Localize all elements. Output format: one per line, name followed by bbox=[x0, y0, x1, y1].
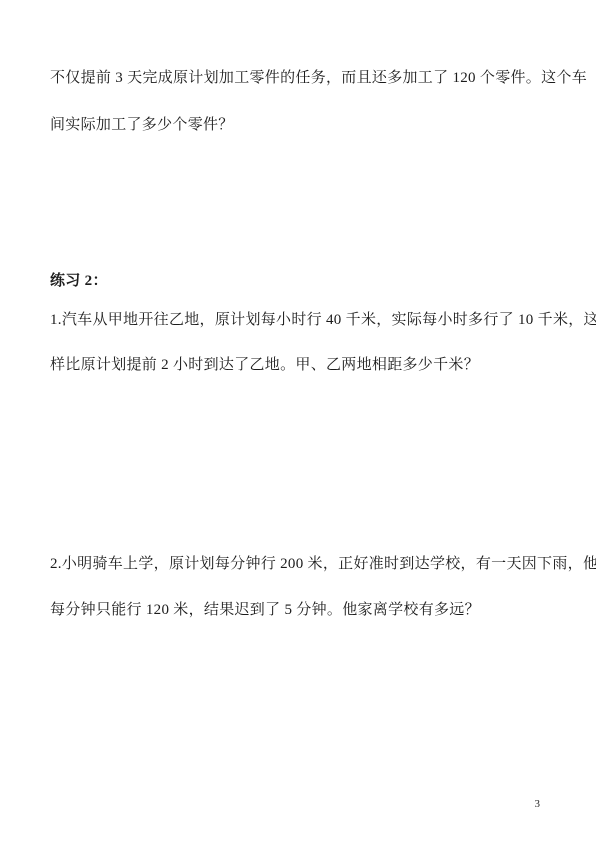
problem2-line-2: 每分钟只能行 120 米，结果迟到了 5 分钟。他家离学校有多远？ bbox=[50, 600, 556, 620]
page-number: 3 bbox=[50, 797, 540, 811]
paragraph1-line-1: 不仅提前 3 天完成原计划加工零件的任务，而且还多加工了 120 个零件。这个车 bbox=[50, 68, 556, 88]
problem2-line-1: 2.小明骑车上学，原计划每分钟行 200 米，正好准时到达学校，有一天因下雨，他 bbox=[50, 554, 556, 574]
section-heading: 练习 2： bbox=[50, 271, 556, 291]
worksheet-page: 不仅提前 3 天完成原计划加工零件的任务，而且还多加工了 120 个零件。这个车… bbox=[0, 0, 596, 842]
problem1-line-2: 样比原计划提前 2 小时到达了乙地。甲、乙两地相距多少千米？ bbox=[50, 355, 556, 375]
problem1-line-1: 1.汽车从甲地开往乙地，原计划每小时行 40 千米，实际每小时多行了 10 千米… bbox=[50, 310, 556, 330]
paragraph1-line-2: 间实际加工了多少个零件？ bbox=[50, 115, 556, 135]
